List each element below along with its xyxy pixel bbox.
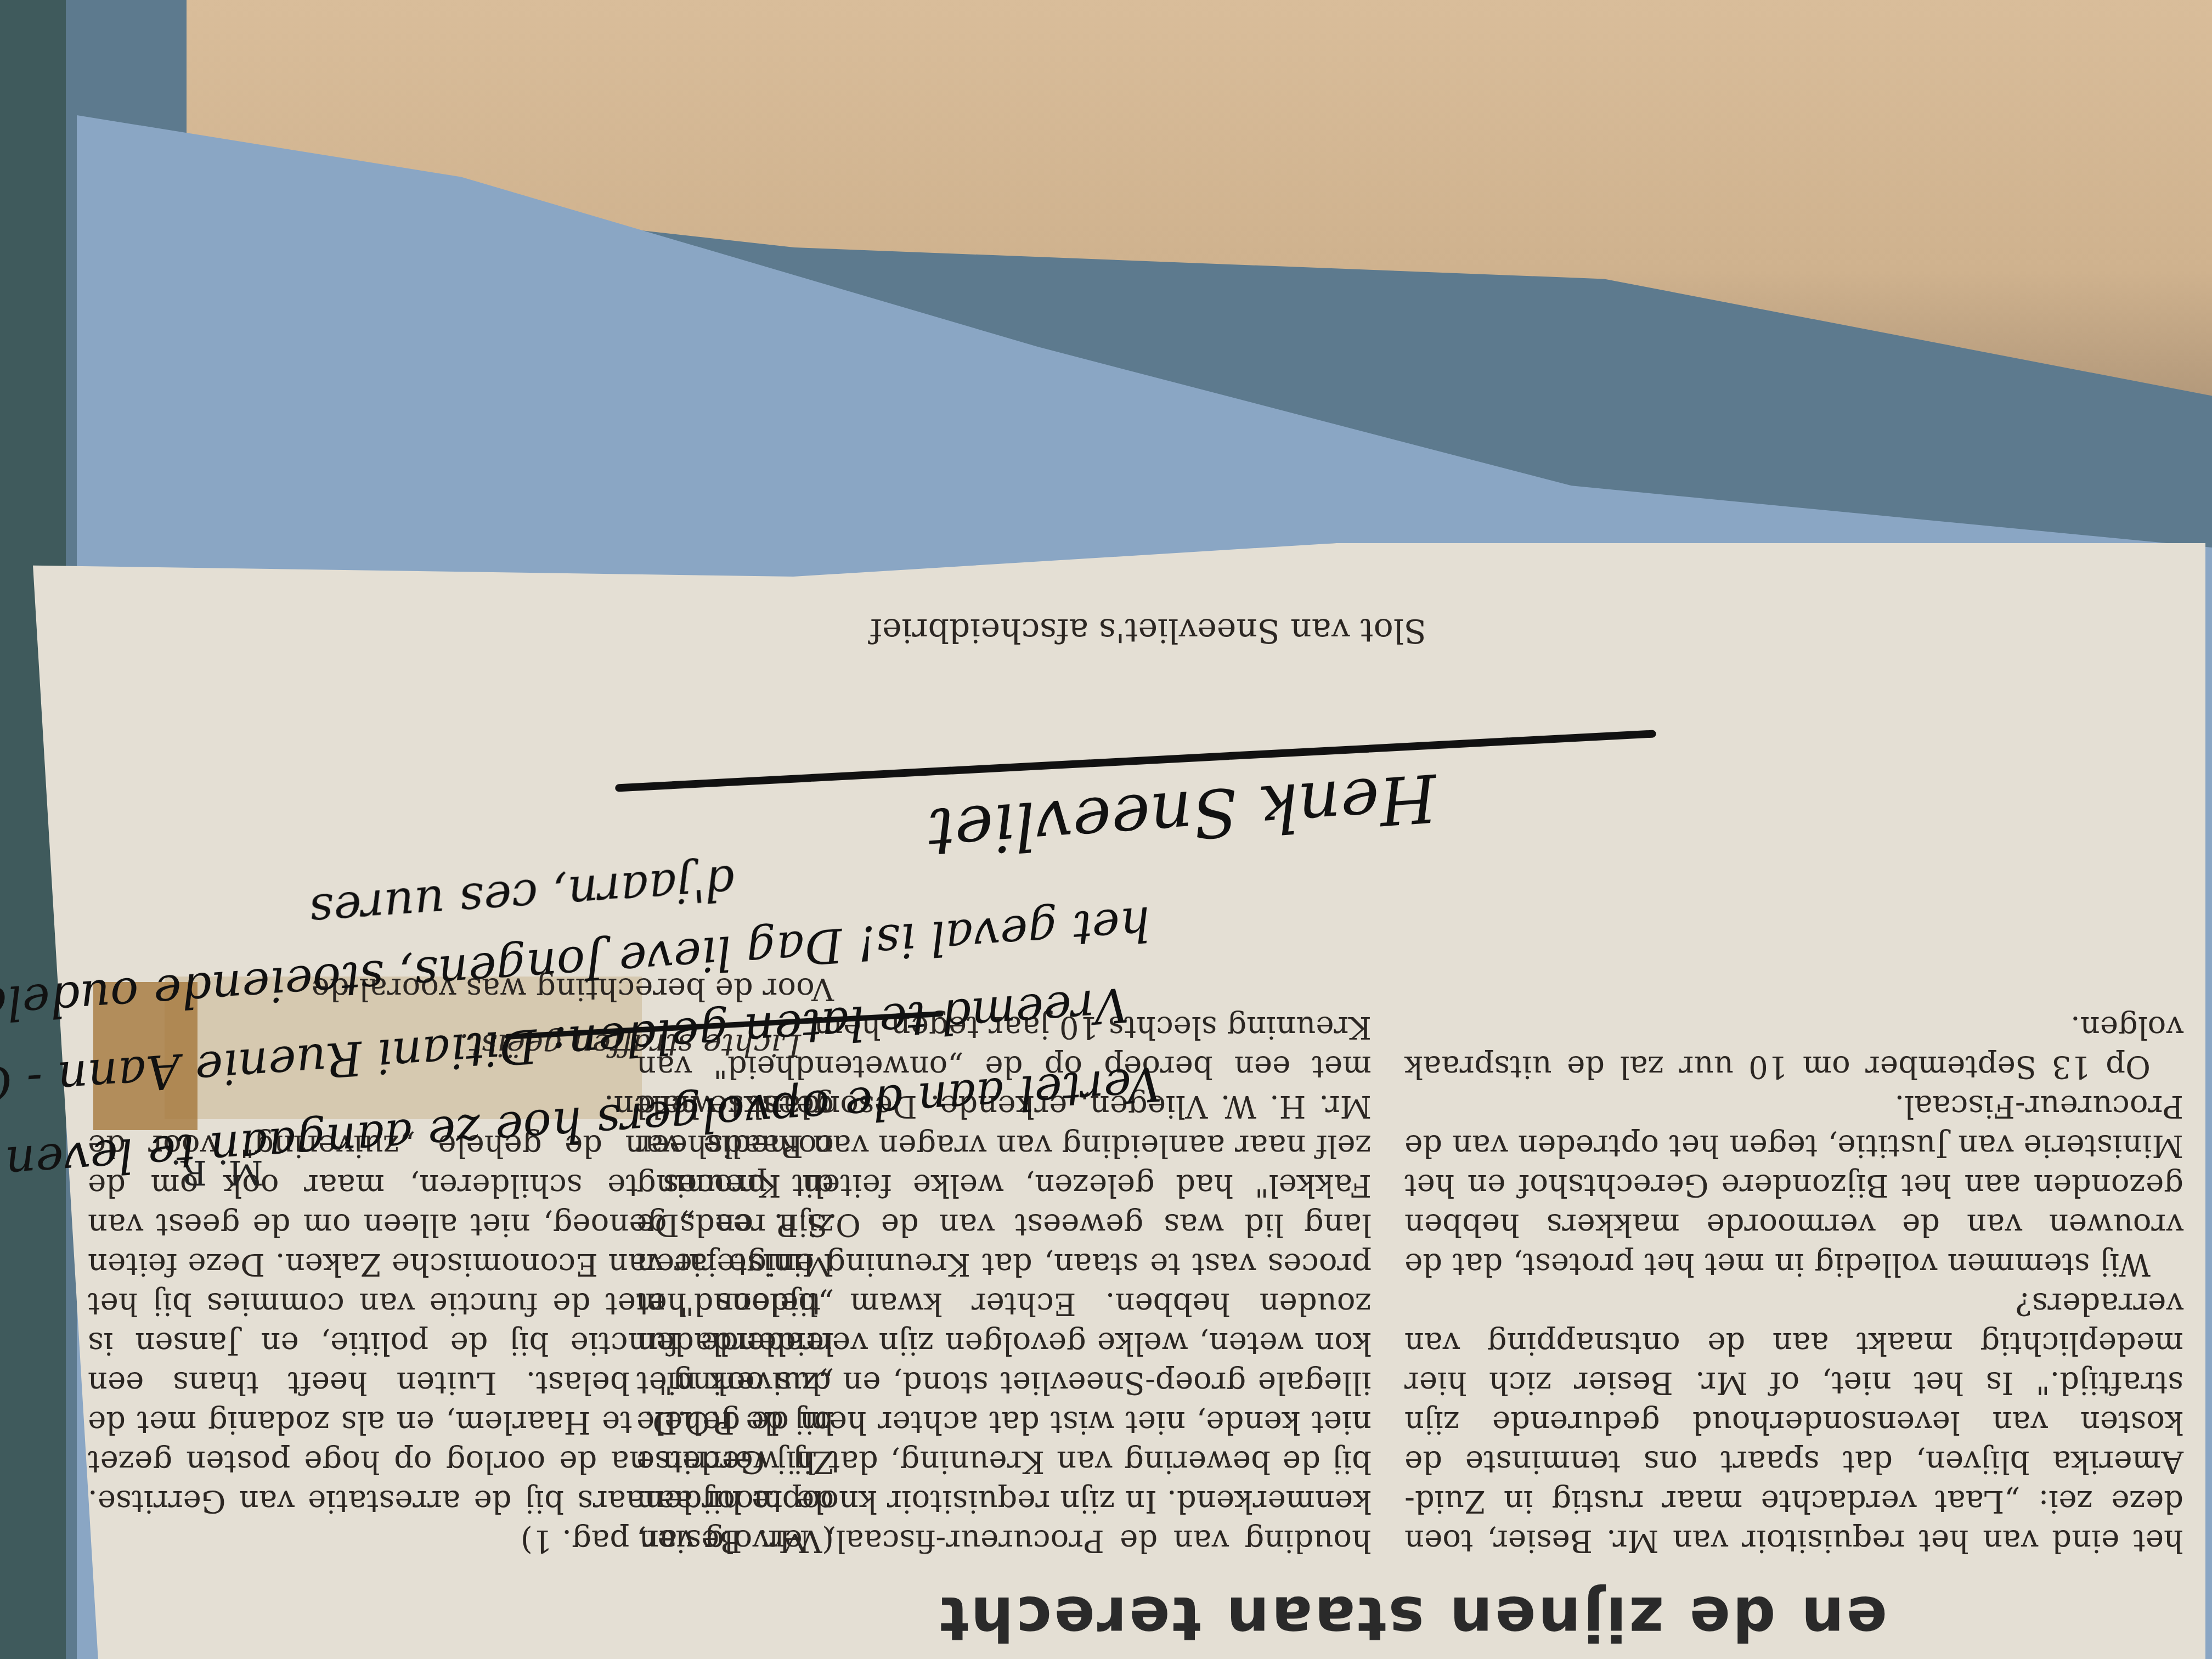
signature: Henk Sneevliet [926, 759, 1440, 870]
paragraph: het eind van het requisitoir van Mr. Bes… [1404, 1284, 2183, 1560]
paragraph: Wij stemmen volledig in met het protest,… [1404, 1086, 2183, 1284]
letter-caption: Slot van Sneevliet's afscheidbrief [870, 611, 1426, 650]
clipping-content-upside-down: en de zijnen staan terecht (Vervolg van … [33, 543, 2205, 1659]
paragraph: Op 13 September om 10 uur zal de uitspra… [1404, 1007, 2183, 1086]
handwritten-line: d'jaarn, ces uures [308, 854, 737, 939]
headline: en de zijnen staan terecht [938, 1583, 1887, 1654]
article-column-3: het eind van het requisitoir van Mr. Bes… [1404, 1007, 2183, 1560]
